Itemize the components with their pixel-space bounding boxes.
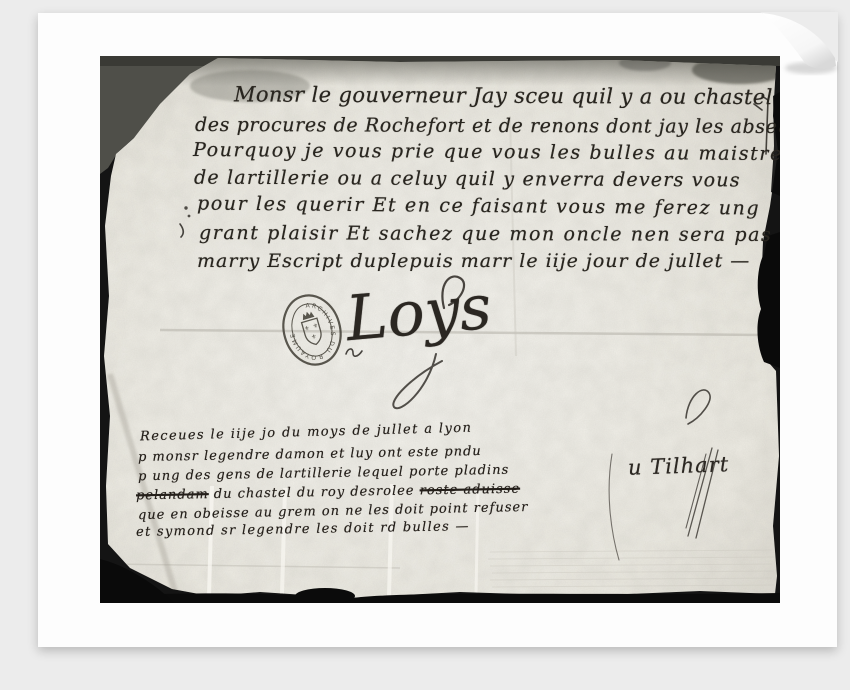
letter-line: de lartillerie ou a celuy quil y enverra…	[194, 167, 741, 192]
stock-image-page: ARCHIVES DU ROYAUME ⚜ ⚜ ⚜ Monsr le gouve…	[0, 0, 850, 690]
letter-line: Pourquoy je vous prie que vous les bulle…	[193, 139, 780, 165]
letter-line: Monsr le gouverneur Jay sceu quil y a ou…	[234, 82, 780, 109]
struck-word: roste aduisse	[420, 482, 521, 499]
letter-line: des procures de Rochefort et de renons d…	[195, 114, 780, 138]
page-curl	[753, 6, 848, 81]
countersignature: u Tilhart	[628, 452, 730, 480]
manuscript-photo: ARCHIVES DU ROYAUME ⚜ ⚜ ⚜ Monsr le gouve…	[100, 56, 780, 603]
royal-signature: Loys	[343, 270, 494, 355]
torn-edge-bottom	[100, 593, 780, 603]
letter-line: marry Escript duplepuis marr le iije jou…	[197, 250, 750, 272]
letter-line: grant plaisir Et sachez que mon oncle ne…	[199, 222, 772, 246]
struck-word: pelandam	[136, 487, 209, 503]
